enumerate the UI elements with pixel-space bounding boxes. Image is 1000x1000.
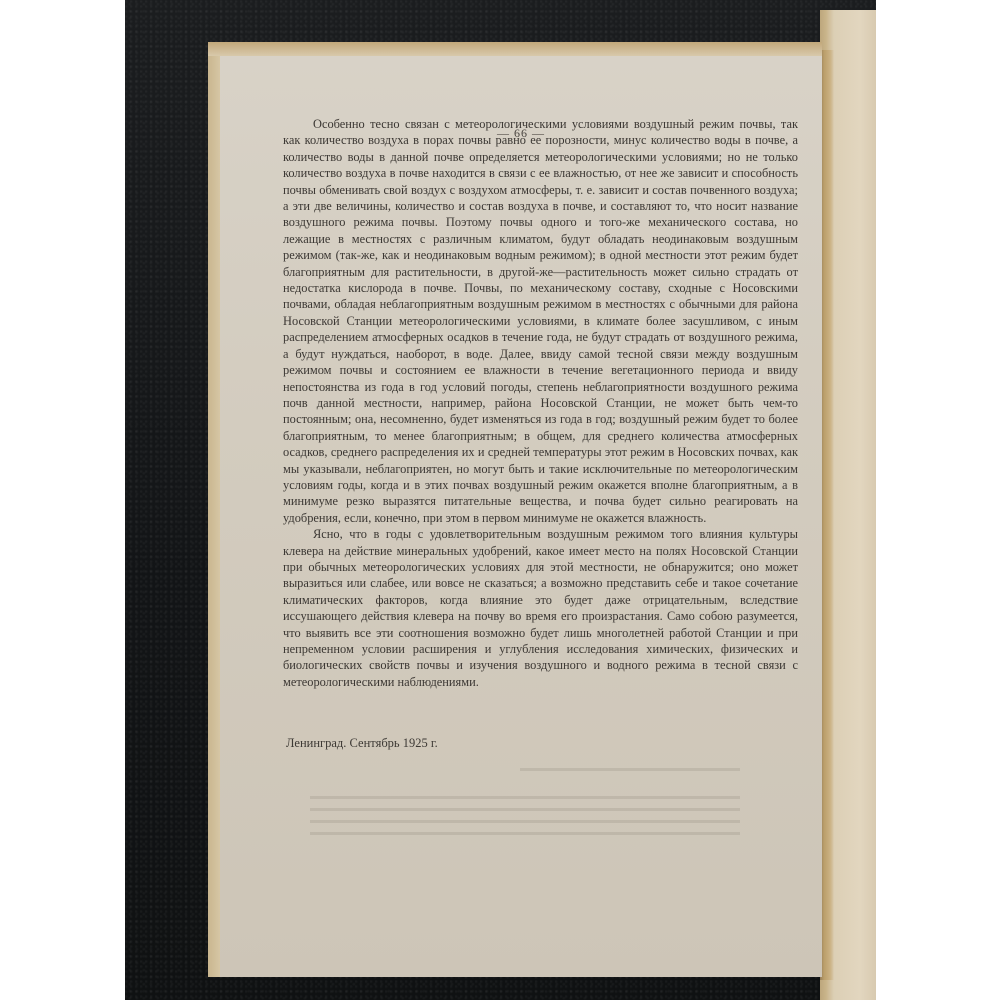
show-through-text (310, 808, 740, 811)
book-page: — 66 — Особенно тесно связан с метеороло… (208, 42, 822, 977)
show-through-text (520, 768, 740, 771)
book-gutter (820, 50, 834, 980)
page-body: — 66 — Особенно тесно связан с метеороло… (220, 56, 822, 977)
page-edge-top (208, 42, 822, 56)
show-through-text (310, 796, 740, 799)
show-through-text (310, 820, 740, 823)
place-date-signoff: Ленинград. Сентябрь 1925 г. (286, 736, 438, 751)
page-edge-left (208, 42, 220, 977)
show-through-text (310, 832, 740, 835)
paragraph-1: Особенно тесно связан с метеорологически… (283, 116, 798, 526)
paragraph-2: Ясно, что в годы с удовлетворительным во… (283, 526, 798, 690)
body-text: Особенно тесно связан с метеорологически… (283, 116, 798, 690)
